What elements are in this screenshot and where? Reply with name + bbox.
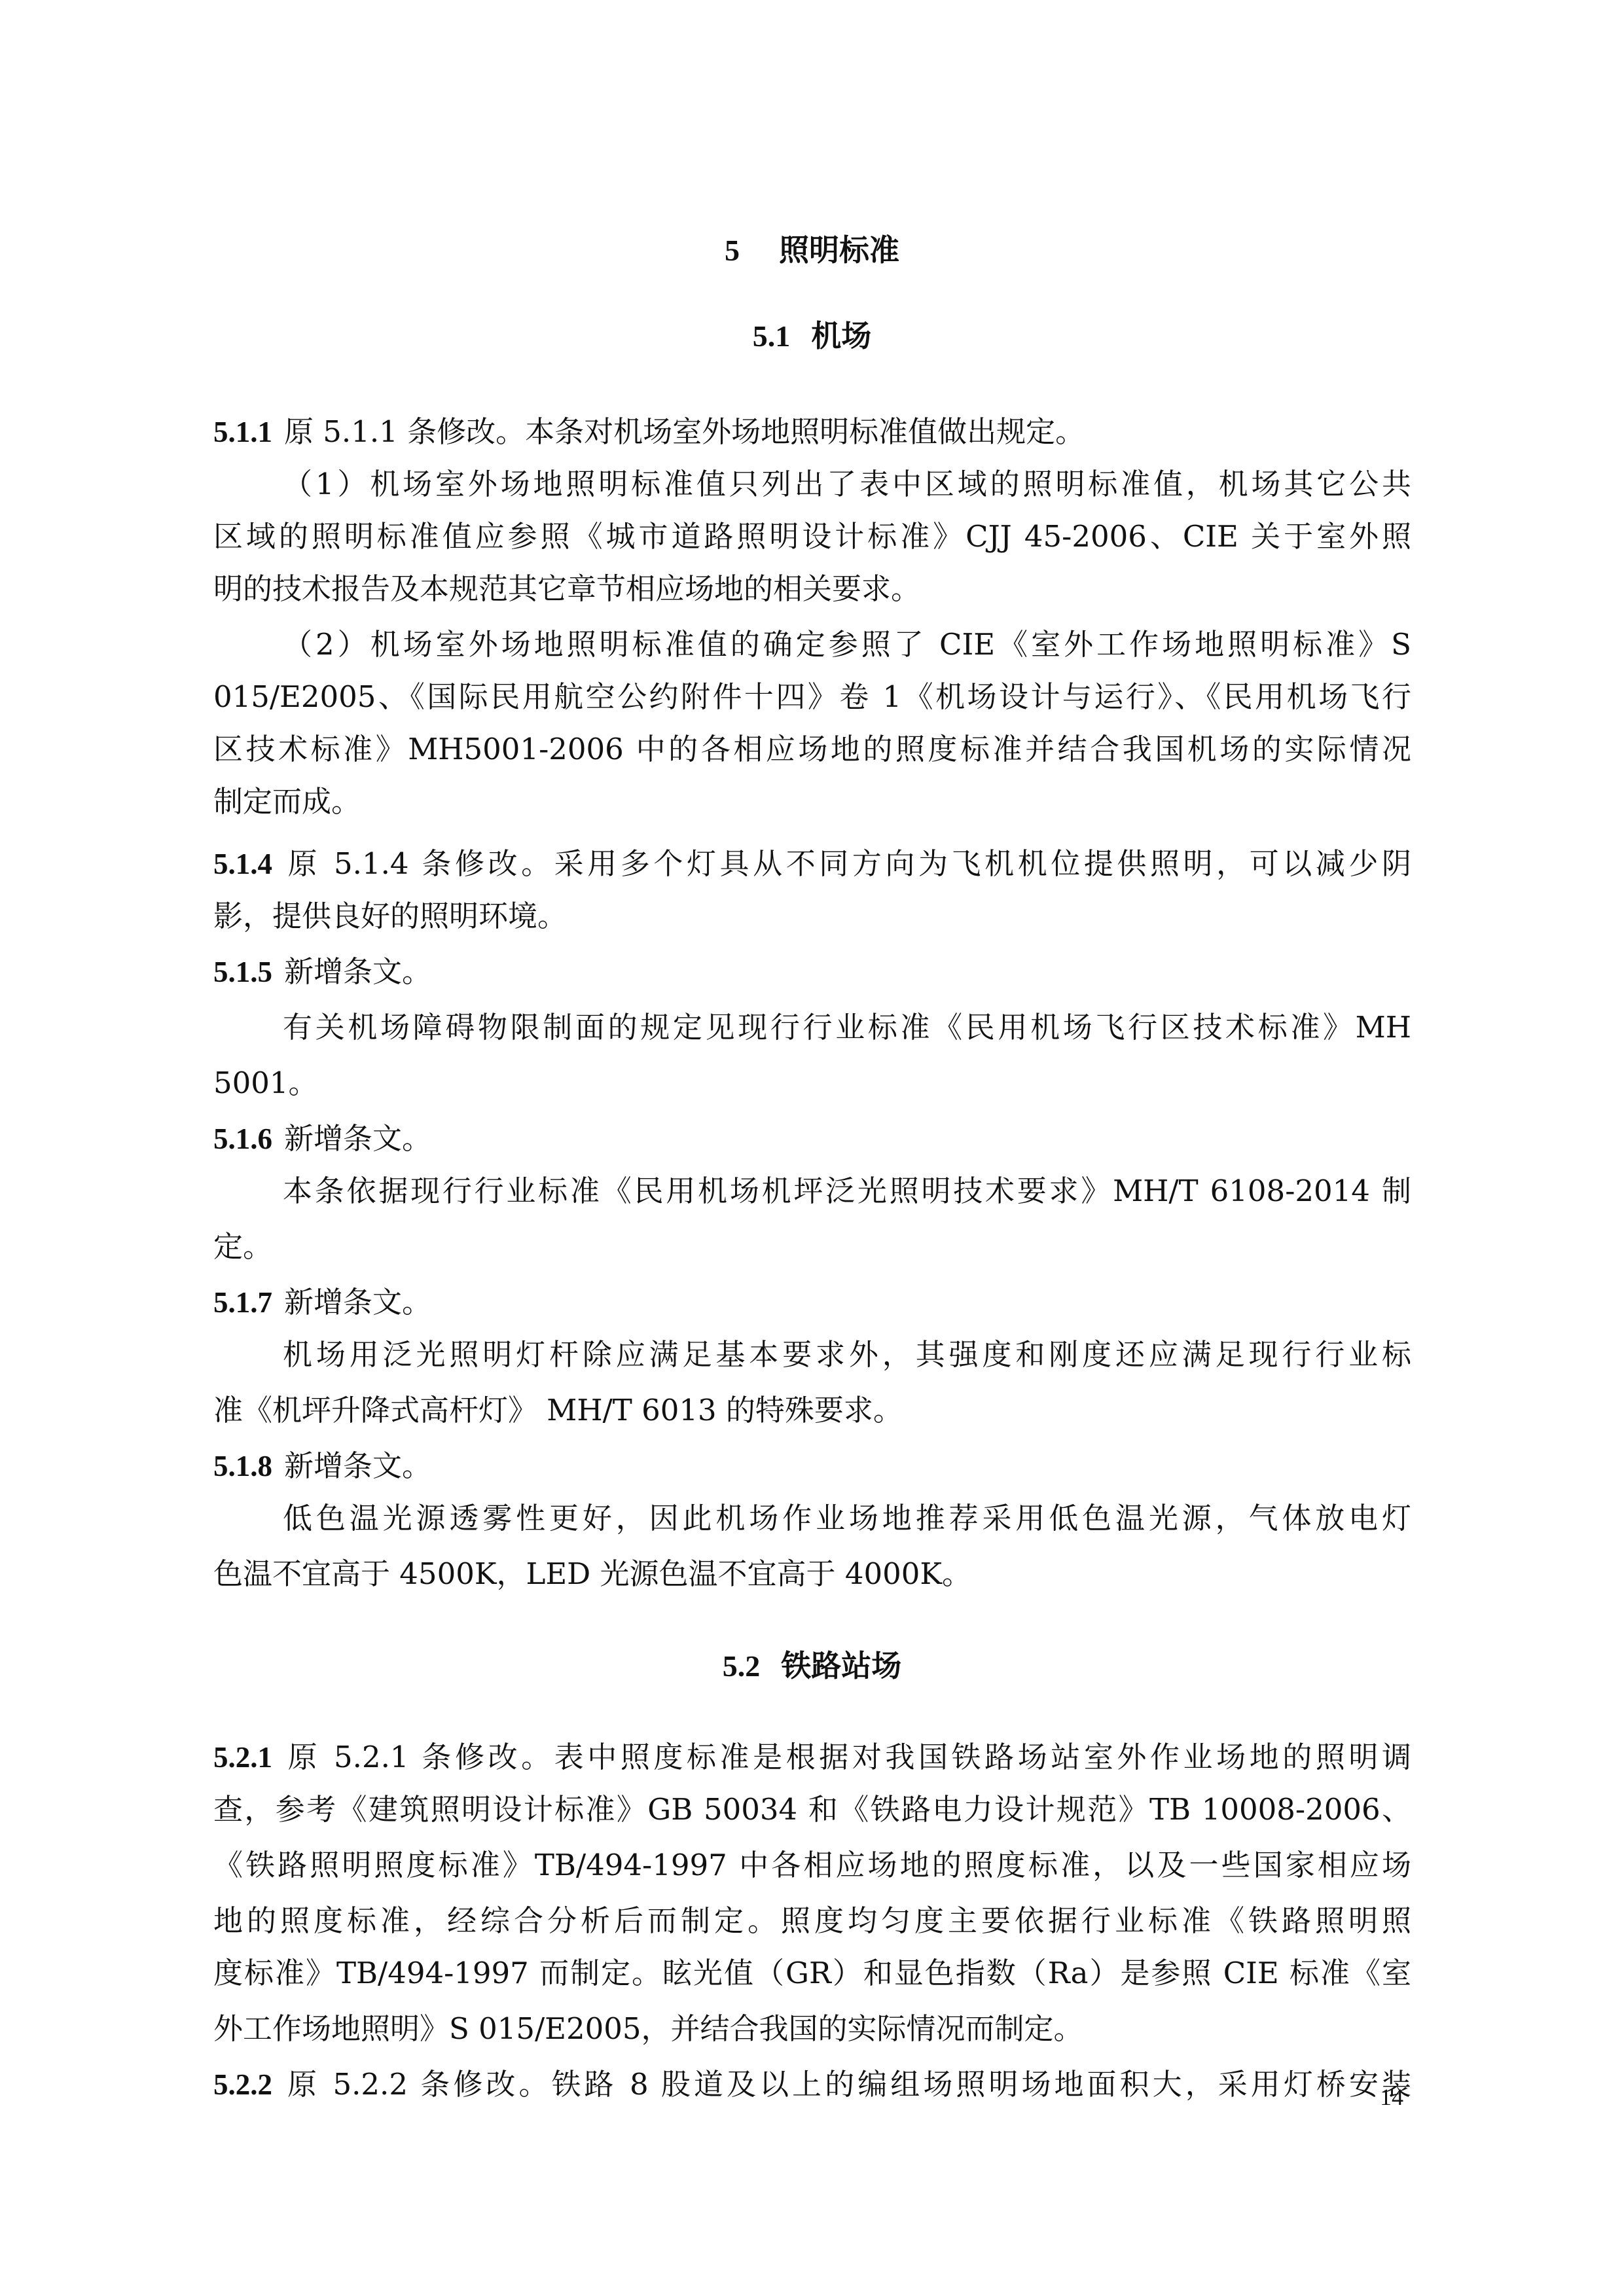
clause-text: 新增条文。 [284, 1448, 431, 1483]
chapter-title: 照明标准 [779, 232, 899, 268]
section-heading-5-1: 5.1机场 [0, 316, 1624, 356]
clause-line: 5.1.8新增条文。 [213, 1446, 1411, 1486]
page-number: 14 [1380, 2083, 1403, 2111]
clause-number: 5.1.7 [213, 1286, 272, 1319]
paragraph-line: 低色温光源透雾性更好，因此机场作业场地推荐采用低色温光源，气体放电灯 [283, 1499, 1411, 1538]
chapter-heading: 5照明标准 [0, 230, 1624, 270]
clause-line: 5.2.1原 5.2.1 条修改。表中照度标准是根据对我国铁路场站室外作业场地的… [213, 1738, 1411, 1777]
clause-number: 5.1.8 [213, 1450, 272, 1482]
clause-text: 新增条文。 [284, 1121, 431, 1156]
paragraph-line: （2）机场室外场地照明标准值的确定参照了 CIE《室外工作场地照明标准》S [283, 625, 1411, 664]
clause-text: 原 5.1.4 条修改。采用多个灯具从不同方向为飞机机位提供照明，可以减少阴 [284, 846, 1411, 881]
clause-number: 5.2.2 [213, 2068, 272, 2101]
paragraph-line: （1）机场室外场地照明标准值只列出了表中区域的照明标准值，机场其它公共 [283, 465, 1411, 504]
paragraph-line: 机场用泛光照明灯杆除应满足基本要求外，其强度和刚度还应满足现行行业标 [283, 1335, 1411, 1374]
clause-text: 新增条文。 [284, 1285, 431, 1319]
paragraph-line: 5001。 [213, 1064, 1411, 1103]
clause-number: 5.1.4 [213, 848, 272, 880]
clause-line: 5.1.6新增条文。 [213, 1119, 1411, 1158]
clause-number: 5.1.5 [213, 956, 272, 988]
paragraph-line: 度标准》TB/494-1997 而制定。眩光值（GR）和显色指数（Ra）是参照 … [213, 1954, 1411, 1993]
paragraph-line: 定。 [213, 1227, 1411, 1266]
section-title: 机场 [811, 318, 871, 353]
clause-text: 原 5.2.1 条修改。表中照度标准是根据对我国铁路场站室外作业场地的照明调 [284, 1740, 1411, 1774]
paragraph-line: 有关机场障碍物限制面的规定见现行行业标准《民用机场飞行区技术标准》MH [283, 1008, 1411, 1047]
paragraph-line: 本条依据现行行业标准《民用机场机坪泛光照明技术要求》MH/T 6108-2014… [283, 1172, 1411, 1211]
clause-line: 5.1.5新增条文。 [213, 952, 1411, 992]
paragraph-line: 准《机坪升降式高杆灯》 MH/T 6013 的特殊要求。 [213, 1391, 1411, 1430]
paragraph-line: 色温不宜高于 4500K，LED 光源色温不宜高于 4000K。 [213, 1554, 1411, 1594]
paragraph-line: 区技术标准》MH5001-2006 中的各相应场地的照度标准并结合我国机场的实际… [213, 730, 1411, 769]
chapter-number: 5 [725, 234, 740, 267]
paragraph-line: 《铁路照明照度标准》TB/494-1997 中各相应场地的照度标准，以及一些国家… [213, 1846, 1411, 1885]
paragraph-line: 影，提供良好的照明环境。 [213, 897, 1411, 936]
paragraph-line: 查，参考《建筑照明设计标准》GB 50034 和《铁路电力设计规范》TB 100… [213, 1790, 1411, 1829]
clause-line: 5.1.7新增条文。 [213, 1283, 1411, 1322]
clause-text: 原 5.2.2 条修改。铁路 8 股道及以上的编组场照明场地面积大，采用灯桥安装 [284, 2067, 1411, 2102]
document-page: 5照明标准 5.1机场 5.1.1原 5.1.1 条修改。本条对机场室外场地照明… [0, 0, 1624, 2296]
paragraph-line: 制定而成。 [213, 782, 1411, 821]
section-number: 5.2 [723, 1649, 761, 1683]
clause-text: 原 5.1.1 条修改。本条对机场室外场地照明标准值做出规定。 [284, 414, 1085, 449]
paragraph-line: 区域的照明标准值应参照《城市道路照明设计标准》CJJ 45-2006、CIE 关… [213, 517, 1411, 556]
clause-number: 5.1.6 [213, 1122, 272, 1155]
section-heading-5-2: 5.2铁路站场 [0, 1646, 1624, 1686]
paragraph-line: 地的照度标准，经综合分析后而制定。照度均匀度主要依据行业标准《铁路照明照 [213, 1901, 1411, 1941]
clause-line: 5.1.4原 5.1.4 条修改。采用多个灯具从不同方向为飞机机位提供照明，可以… [213, 844, 1411, 884]
paragraph-line: 明的技术报告及本规范其它章节相应场地的相关要求。 [213, 569, 1411, 609]
clause-line: 5.2.2原 5.2.2 条修改。铁路 8 股道及以上的编组场照明场地面积大，采… [213, 2065, 1411, 2104]
clause-line: 5.1.1原 5.1.1 条修改。本条对机场室外场地照明标准值做出规定。 [213, 412, 1411, 452]
paragraph-line: 外工作场地照明》S 015/E2005，并结合我国的实际情况而制定。 [213, 2009, 1411, 2049]
paragraph-line: 015/E2005、《国际民用航空公约附件十四》卷 1《机场设计与运行》、《民用… [213, 677, 1411, 717]
clause-number: 5.1.1 [213, 416, 272, 448]
section-number: 5.1 [753, 319, 791, 353]
section-title: 铁路站场 [781, 1648, 901, 1683]
clause-number: 5.2.1 [213, 1741, 272, 1774]
clause-text: 新增条文。 [284, 954, 431, 989]
